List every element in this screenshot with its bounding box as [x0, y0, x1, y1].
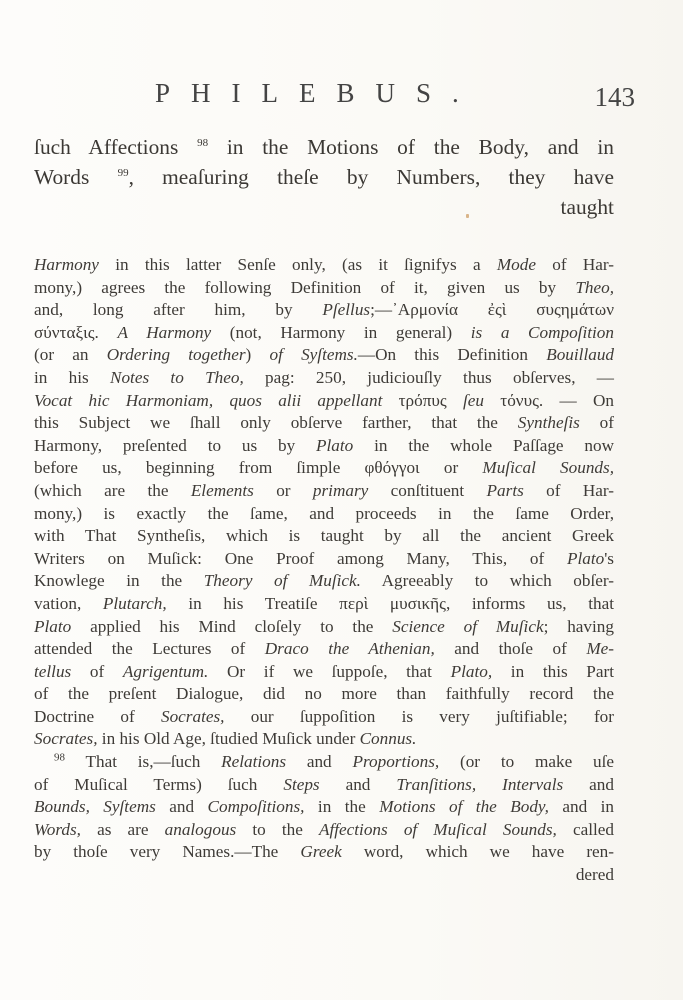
footnote-marker: 98 — [197, 137, 208, 149]
italic-text: Theory of Muſick. — [204, 571, 361, 590]
footnote-marker: 99 — [118, 167, 129, 179]
italic-text: A Harmony — [117, 323, 211, 342]
italic-text: Bouillaud — [546, 345, 614, 364]
italic-text: Harmony — [34, 255, 99, 274]
italic-text: Tranſitions, Intervals — [396, 775, 563, 794]
running-head: PHILEBUS. 143 — [155, 78, 635, 118]
italic-text: Draco the Athenian, — [265, 639, 435, 658]
italic-text: Plato — [34, 617, 71, 636]
italic-text: Science of Muſick — [392, 617, 543, 636]
italic-text: primary — [313, 481, 368, 500]
note-line: σύνταξις. A Harmony (not, Harmony in gen… — [34, 322, 614, 345]
italic-text: Compoſitions, — [208, 797, 305, 816]
italic-text: Pſellus — [322, 300, 370, 319]
note-line: attended the Lectures of Draco the Athen… — [34, 638, 614, 661]
italic-text: Plato — [316, 436, 353, 455]
note-line: Harmony, preſented to us by Plato in the… — [34, 435, 614, 458]
main-text-line: Words 99, meaſuring theſe by Numbers, th… — [34, 162, 614, 192]
note-line: and, long after him, by Pſellus;—᾿Αρμονί… — [34, 299, 614, 322]
italic-text: Steps — [283, 775, 319, 794]
note-line: Knowlege in the Theory of Muſick. Agreea… — [34, 570, 614, 593]
note-line: Doctrine of Socrates, our ſuppoſition is… — [34, 706, 614, 729]
note-line: dered — [34, 864, 614, 887]
italic-text: Socrates, — [161, 707, 225, 726]
note-line: this Subject we ſhall only obſerve farth… — [34, 412, 614, 435]
note-line: of the preſent Dialogue, did no more tha… — [34, 683, 614, 706]
italic-text: tellus — [34, 662, 71, 681]
italic-text: Me- — [586, 639, 614, 658]
italic-text: Plato — [567, 549, 604, 568]
note-line: tellus of Agrigentum. Or if we ſuppoſe, … — [34, 661, 614, 684]
main-text-line: taught — [34, 192, 614, 222]
italic-text: Elements — [191, 481, 254, 500]
main-text-block: ſuch Affections 98 in the Motions of the… — [34, 132, 614, 222]
note-line: Bounds, Syſtems and Compoſitions, in the… — [34, 796, 614, 819]
note-line: Plato applied his Mind cloſely to the Sc… — [34, 616, 614, 639]
note-line: mony,) agrees the following Definition o… — [34, 277, 614, 300]
note-line: with That Syntheſis, which is taught by … — [34, 525, 614, 548]
note-line: before us, beginning from ſimple φθόγγοι… — [34, 457, 614, 480]
note-line: (or an Ordering together) of Syſtems.—On… — [34, 344, 614, 367]
note-line: of Muſical Terms) ſuch Steps and Tranſit… — [34, 774, 614, 797]
italic-text: analogous — [165, 820, 237, 839]
italic-text: Mode — [497, 255, 536, 274]
italic-text: Relations — [221, 752, 286, 771]
note-line: 98 That is,—ſuch Relations and Proportio… — [34, 751, 614, 774]
italic-text: Words, — [34, 820, 81, 839]
italic-text: Agrigentum. — [123, 662, 208, 681]
note-line: Socrates, in his Old Age, ſtudied Muſick… — [34, 728, 614, 751]
italic-text: Socrates, — [34, 729, 98, 748]
italic-text: Notes to Theo, — [110, 368, 244, 387]
italic-text: Affections of Muſical Sounds, — [319, 820, 557, 839]
note-line: Writers on Muſick: One Proof among Many,… — [34, 548, 614, 571]
footnote-marker: 98 — [54, 751, 65, 763]
note-line: (which are the Elements or primary conſt… — [34, 480, 614, 503]
note-line: by thoſe very Names.—The Greek word, whi… — [34, 841, 614, 864]
note-line: vation, Plutarch, in his Treatiſe περὶ μ… — [34, 593, 614, 616]
italic-text: Motions of the Body, — [379, 797, 549, 816]
italic-text: is a Compoſition — [471, 323, 614, 342]
note-line: Vocat hic Harmoniam, quos alii appellant… — [34, 390, 614, 413]
italic-text: Connus. — [360, 729, 417, 748]
italic-text: Bounds, Syſtems — [34, 797, 156, 816]
italic-text: Muſical Sounds, — [482, 458, 614, 477]
italic-text: Proportions, — [352, 752, 439, 771]
italic-text: Vocat hic Harmoniam, quos alii appellant — [34, 391, 382, 410]
running-title: PHILEBUS. — [155, 78, 480, 109]
italic-text: Parts — [487, 481, 524, 500]
page-number: 143 — [595, 82, 636, 113]
notes-block: Harmony in this latter Senſe only, (as i… — [34, 254, 614, 887]
italic-text: ſeu — [463, 391, 484, 410]
italic-text: Ordering together — [107, 345, 246, 364]
main-text-line: ſuch Affections 98 in the Motions of the… — [34, 132, 614, 162]
paper-stain — [466, 214, 469, 218]
italic-text: Plutarch, — [103, 594, 167, 613]
note-line: in his Notes to Theo, pag: 250, judiciou… — [34, 367, 614, 390]
italic-text: Plato, — [451, 662, 493, 681]
italic-text: of Syſtems. — [270, 345, 358, 364]
note-line: Harmony in this latter Senſe only, (as i… — [34, 254, 614, 277]
italic-text: Greek — [300, 842, 341, 861]
book-page: PHILEBUS. 143 ſuch Affections 98 in the … — [0, 0, 683, 1000]
italic-text: Syntheſis — [518, 413, 580, 432]
note-line: Words, as are analogous to the Affection… — [34, 819, 614, 842]
note-line: mony,) is exactly the ſame, and proceeds… — [34, 503, 614, 526]
italic-text: Theo, — [575, 278, 614, 297]
